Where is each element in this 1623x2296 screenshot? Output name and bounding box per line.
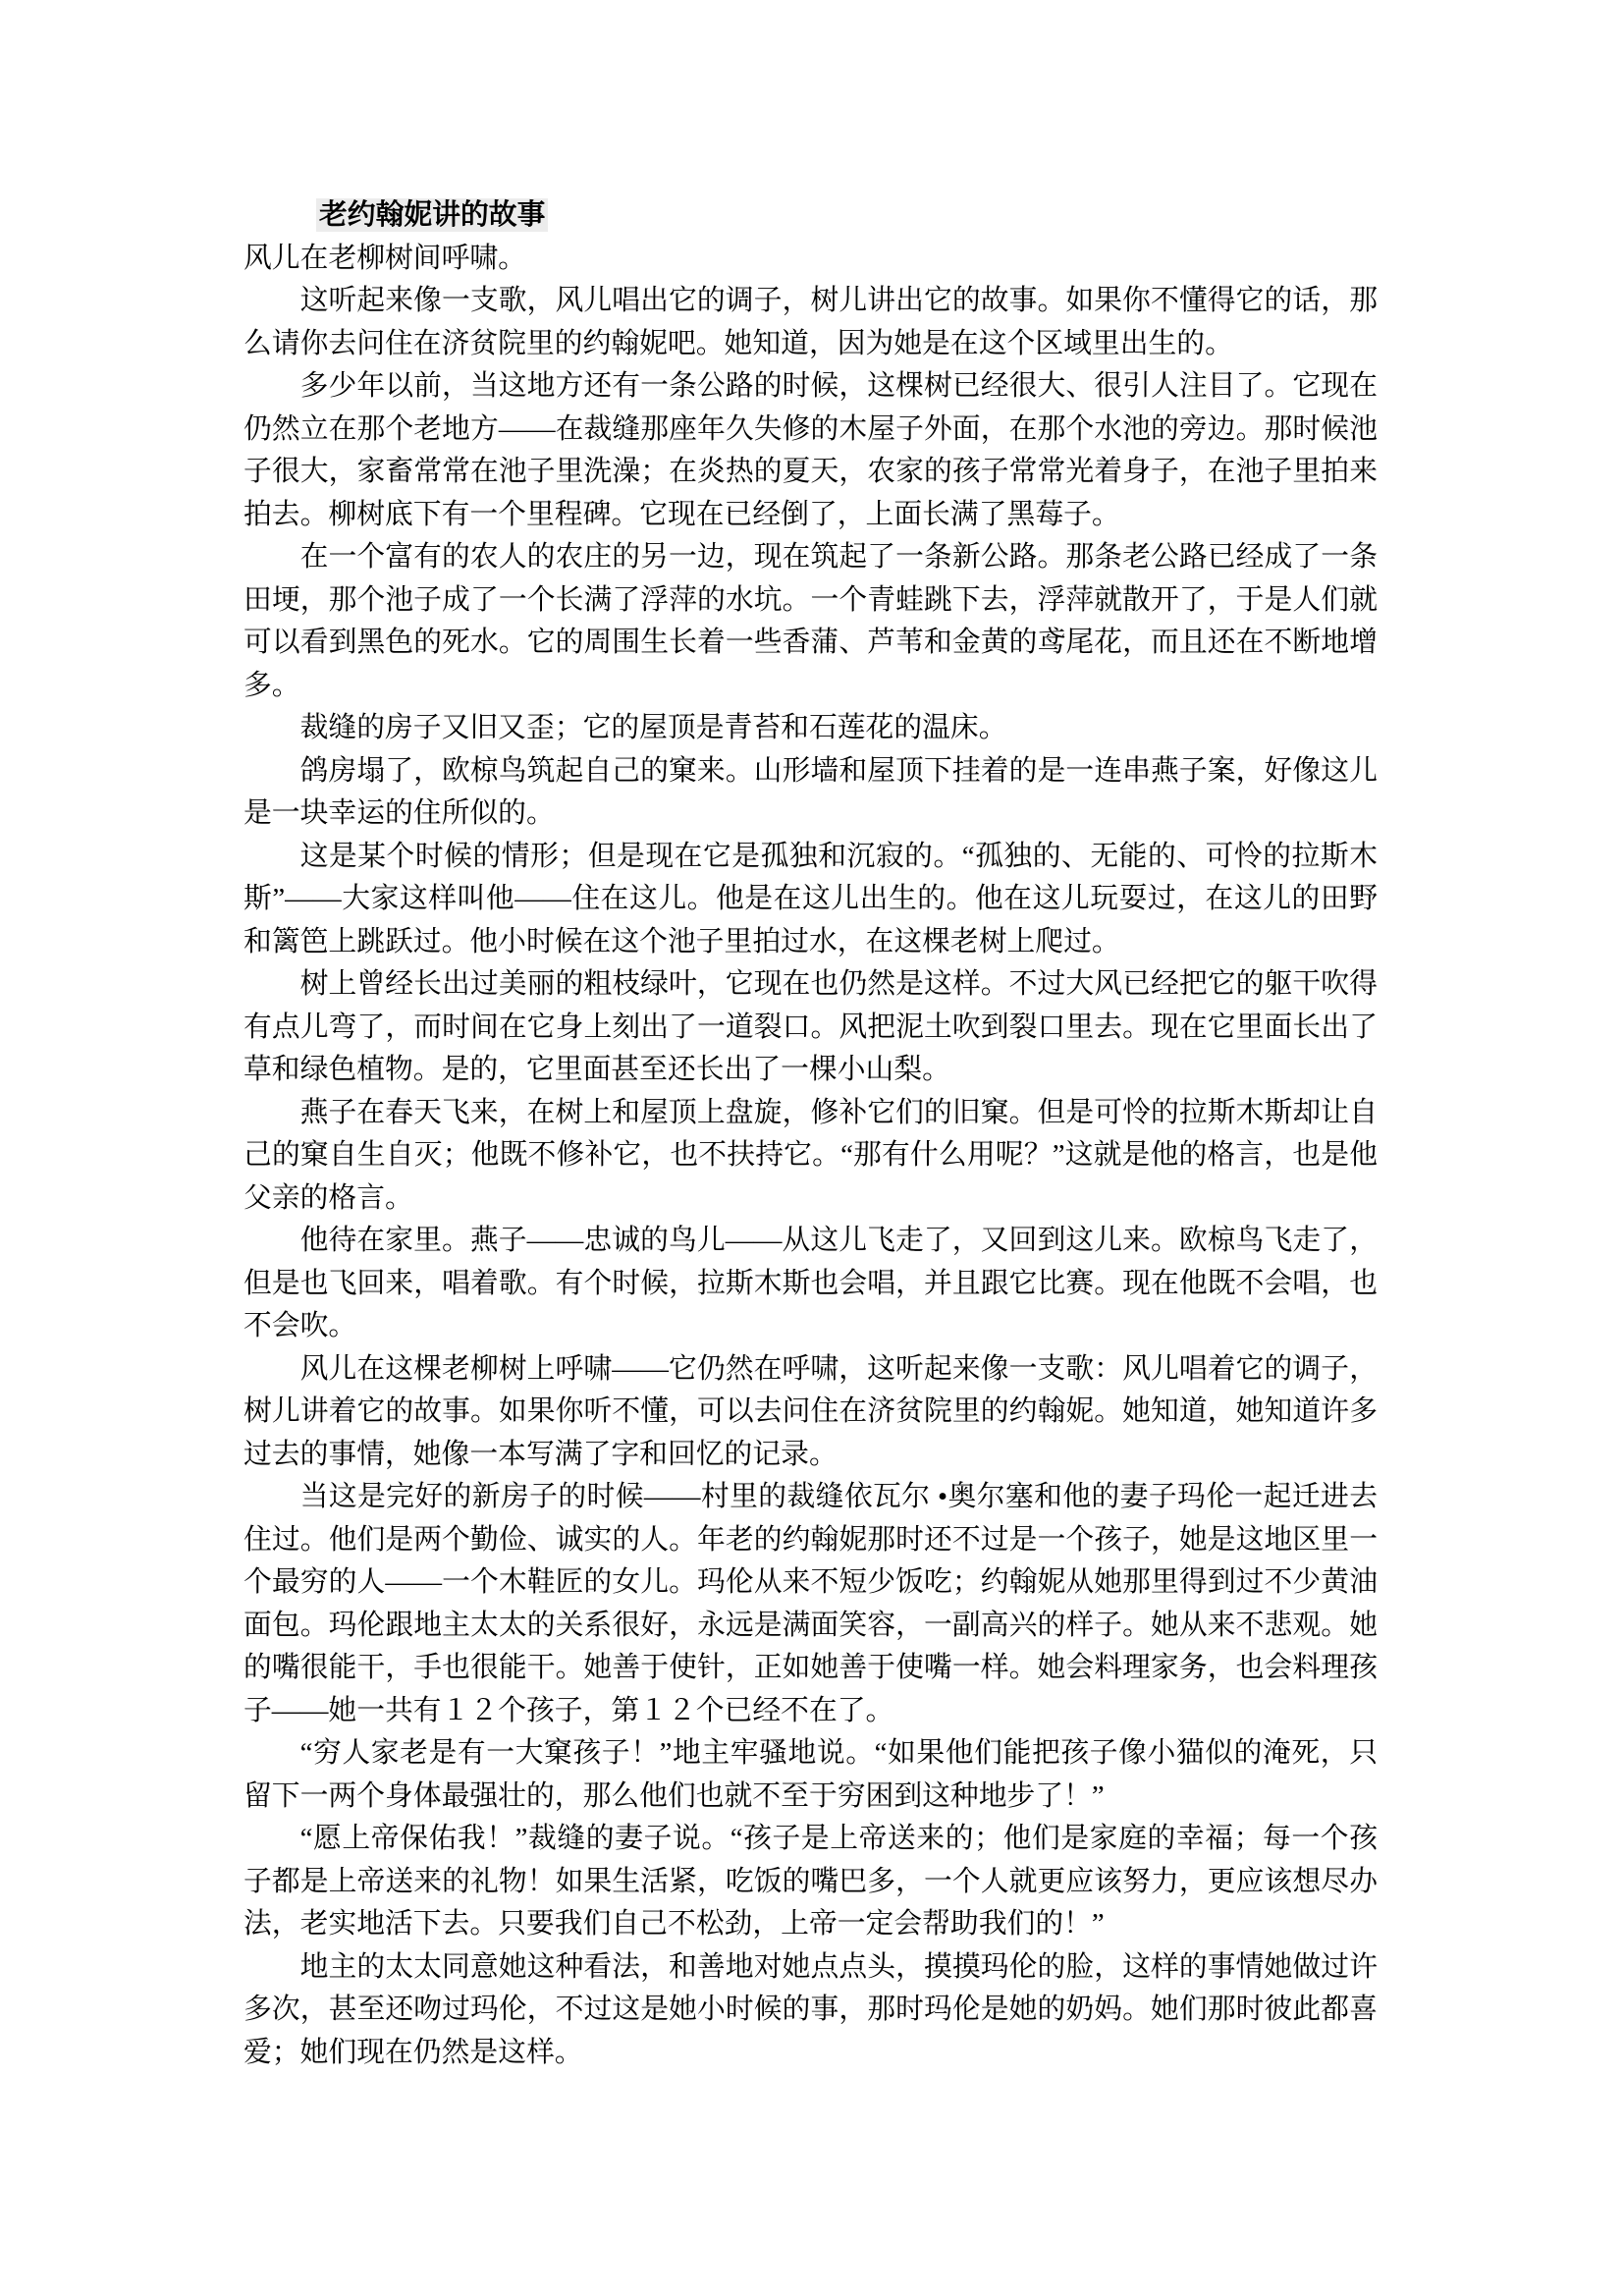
document-page: 老约翰妮讲的故事 风儿在老柳树间呼啸。 这听起来像一支歌，风儿唱出它的调子，树儿… bbox=[0, 0, 1623, 2296]
paragraph: 裁缝的房子又旧又歪；它的屋顶是青苔和石莲花的温床。 bbox=[243, 707, 1378, 750]
paragraph: 这听起来像一支歌，风儿唱出它的调子，树儿讲出它的故事。如果你不懂得它的话，那么请… bbox=[243, 280, 1378, 365]
paragraph: 燕子在春天飞来，在树上和屋顶上盘旋，修补它们的旧窠。但是可怜的拉斯木斯却让自己的… bbox=[243, 1092, 1378, 1221]
paragraph: 风儿在这棵老柳树上呼啸——它仍然在呼啸，这听起来像一支歌：风儿唱着它的调子，树儿… bbox=[243, 1348, 1378, 1477]
document-title: 老约翰妮讲的故事 bbox=[243, 194, 1378, 238]
paragraph: 风儿在老柳树间呼啸。 bbox=[243, 238, 1378, 281]
paragraph: 当这是完好的新房子的时候——村里的裁缝依瓦尔 •奥尔塞和他的妻子玛伦一起迁进去住… bbox=[243, 1476, 1378, 1732]
paragraph: “愿上帝保佑我！”裁缝的妻子说。“孩子是上帝送来的；他们是家庭的幸福；每一个孩子… bbox=[243, 1818, 1378, 1946]
paragraph: 这是某个时候的情形；但是现在它是孤独和沉寂的。“孤独的、无能的、可怜的拉斯木斯”… bbox=[243, 836, 1378, 964]
paragraph: 多少年以前，当这地方还有一条公路的时候，这棵树已经很大、很引人注目了。它现在仍然… bbox=[243, 365, 1378, 536]
paragraph: 鸽房塌了，欧椋鸟筑起自己的窠来。山形墙和屋顶下挂着的是一连串燕子案，好像这儿是一… bbox=[243, 750, 1378, 836]
paragraph: 他待在家里。燕子——忠诚的鸟儿——从这儿飞走了，又回到这儿来。欧椋鸟飞走了，但是… bbox=[243, 1220, 1378, 1348]
paragraph: “穷人家老是有一大窠孩子！”地主牢骚地说。“如果他们能把孩子像小猫似的淹死，只留… bbox=[243, 1732, 1378, 1818]
document-title-text: 老约翰妮讲的故事 bbox=[316, 198, 548, 232]
paragraph: 在一个富有的农人的农庄的另一边，现在筑起了一条新公路。那条老公路已经成了一条田埂… bbox=[243, 536, 1378, 707]
document-body: 老约翰妮讲的故事 风儿在老柳树间呼啸。 这听起来像一支歌，风儿唱出它的调子，树儿… bbox=[243, 194, 1378, 2074]
paragraph: 树上曾经长出过美丽的粗枝绿叶，它现在也仍然是这样。不过大风已经把它的躯干吹得有点… bbox=[243, 963, 1378, 1092]
paragraph: 地主的太太同意她这种看法，和善地对她点点头，摸摸玛伦的脸，这样的事情她做过许多次… bbox=[243, 1946, 1378, 2075]
